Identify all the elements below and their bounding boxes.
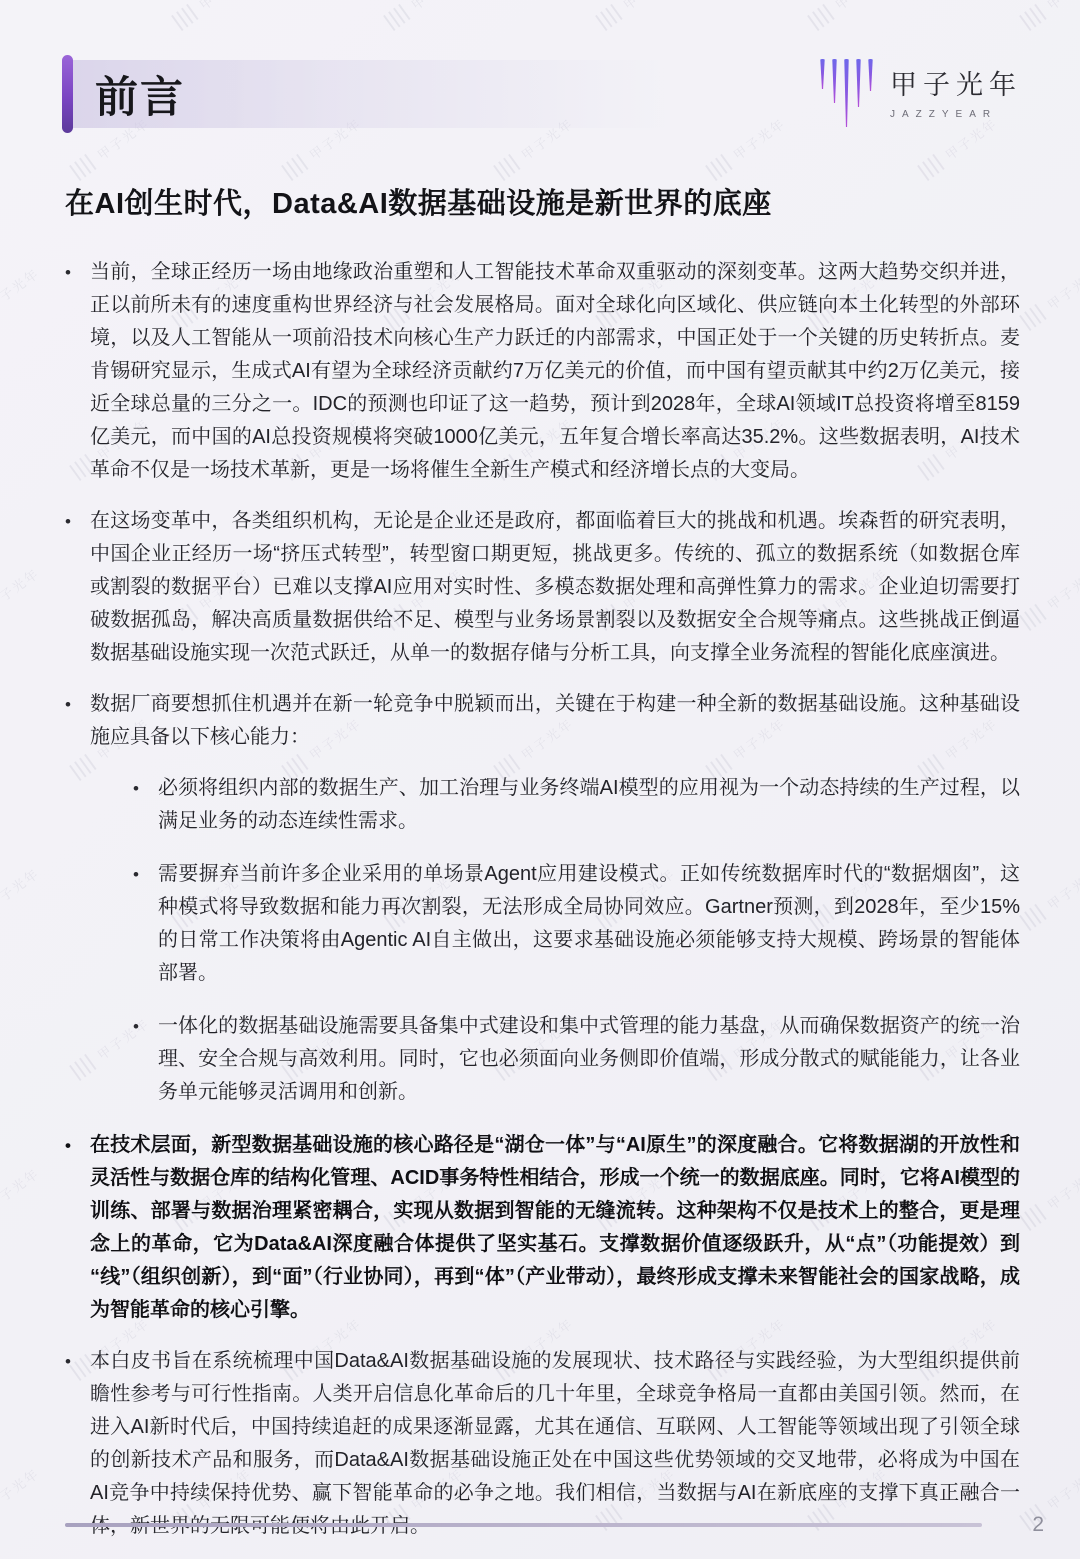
logo-bar	[855, 59, 862, 107]
watermark: ||||甲子光年	[0, 1163, 43, 1232]
brand-subtitle: JAZZYEAR	[890, 109, 1022, 120]
brand-name: 甲子光年	[890, 63, 1022, 102]
logo-bar	[867, 59, 874, 91]
page-number: 2	[1032, 1513, 1044, 1537]
bullet-marker: •	[65, 256, 77, 487]
bullet-item-sub: • 一体化的数据基础设施需要具备集中式建设和集中式管理的能力基盘，从而确保数据资…	[133, 1010, 1020, 1109]
bullet-text: 必须将组织内部的数据生产、加工治理与业务终端AI模型的应用视为一个动态持续的生产…	[158, 772, 1020, 838]
watermark: ||||甲子光年	[0, 863, 43, 932]
brand-text: 甲子光年 JAZZYEAR	[890, 57, 1022, 120]
bullet-marker: •	[133, 858, 145, 990]
watermark: ||||甲子光年	[0, 1463, 43, 1532]
page-header: 前言 甲子光年 JAZZYEAR	[0, 0, 1080, 133]
bullet-item-emphasis: • 在技术层面，新型数据基础设施的核心路径是“湖仓一体”与“AI原生”的深度融合…	[65, 1129, 1020, 1327]
footer-divider	[65, 1523, 982, 1527]
watermark: ||||甲子光年	[1018, 863, 1080, 932]
watermark: ||||甲子光年	[1018, 1163, 1080, 1232]
bullet-item: • 当前，全球正经历一场由地缘政治重塑和人工智能技术革命双重驱动的深刻变革。这两…	[65, 256, 1020, 487]
section-accent-bar	[62, 55, 73, 133]
logo-bar	[831, 59, 838, 103]
page-footer: 2	[65, 1513, 1044, 1537]
bullet-text: 当前，全球正经历一场由地缘政治重塑和人工智能技术革命双重驱动的深刻变革。这两大趋…	[90, 256, 1020, 487]
bullet-marker: •	[65, 1129, 77, 1327]
section-header: 前言	[62, 55, 185, 133]
page-title: 在AI创生时代，Data&AI数据基础设施是新世界的底座	[65, 181, 1022, 222]
brand-logo: 甲子光年 JAZZYEAR	[819, 57, 1022, 129]
bullet-item-sub: • 需要摒弃当前许多企业采用的单场景Agent应用建设模式。正如传统数据库时代的…	[133, 858, 1020, 990]
bullet-marker: •	[65, 688, 77, 754]
watermark: ||||甲子光年	[0, 563, 43, 632]
bullet-text: 需要摒弃当前许多企业采用的单场景Agent应用建设模式。正如传统数据库时代的“数…	[158, 858, 1020, 990]
bullet-text: 在技术层面，新型数据基础设施的核心路径是“湖仓一体”与“AI原生”的深度融合。它…	[90, 1129, 1020, 1327]
bullet-item: • 在这场变革中，各类组织机构，无论是企业还是政府，都面临着巨大的挑战和机遇。埃…	[65, 505, 1020, 670]
watermark: ||||甲子光年	[0, 263, 43, 332]
brand-logo-icon	[819, 57, 874, 129]
bullet-marker: •	[133, 772, 145, 838]
bullet-marker: •	[133, 1010, 145, 1109]
page-content: • 当前，全球正经历一场由地缘政治重塑和人工智能技术革命双重驱动的深刻变革。这两…	[65, 256, 1020, 1543]
bullet-marker: •	[65, 505, 77, 670]
bullet-text: 一体化的数据基础设施需要具备集中式建设和集中式管理的能力基盘，从而确保数据资产的…	[158, 1010, 1020, 1109]
section-title: 前言	[95, 64, 185, 125]
bullet-text: 数据厂商要想抓住机遇并在新一轮竞争中脱颖而出，关键在于构建一种全新的数据基础设施…	[90, 688, 1020, 754]
watermark: ||||甲子光年	[1018, 563, 1080, 632]
document-page: ||||甲子光年||||甲子光年||||甲子光年||||甲子光年||||甲子光年…	[0, 0, 1080, 1559]
bullet-item-sub: • 必须将组织内部的数据生产、加工治理与业务终端AI模型的应用视为一个动态持续的…	[133, 772, 1020, 838]
bullet-text: 在这场变革中，各类组织机构，无论是企业还是政府，都面临着巨大的挑战和机遇。埃森哲…	[90, 505, 1020, 670]
logo-bar	[819, 59, 826, 89]
watermark: ||||甲子光年	[1018, 263, 1080, 332]
logo-bar	[843, 59, 850, 127]
bullet-item: • 数据厂商要想抓住机遇并在新一轮竞争中脱颖而出，关键在于构建一种全新的数据基础…	[65, 688, 1020, 754]
